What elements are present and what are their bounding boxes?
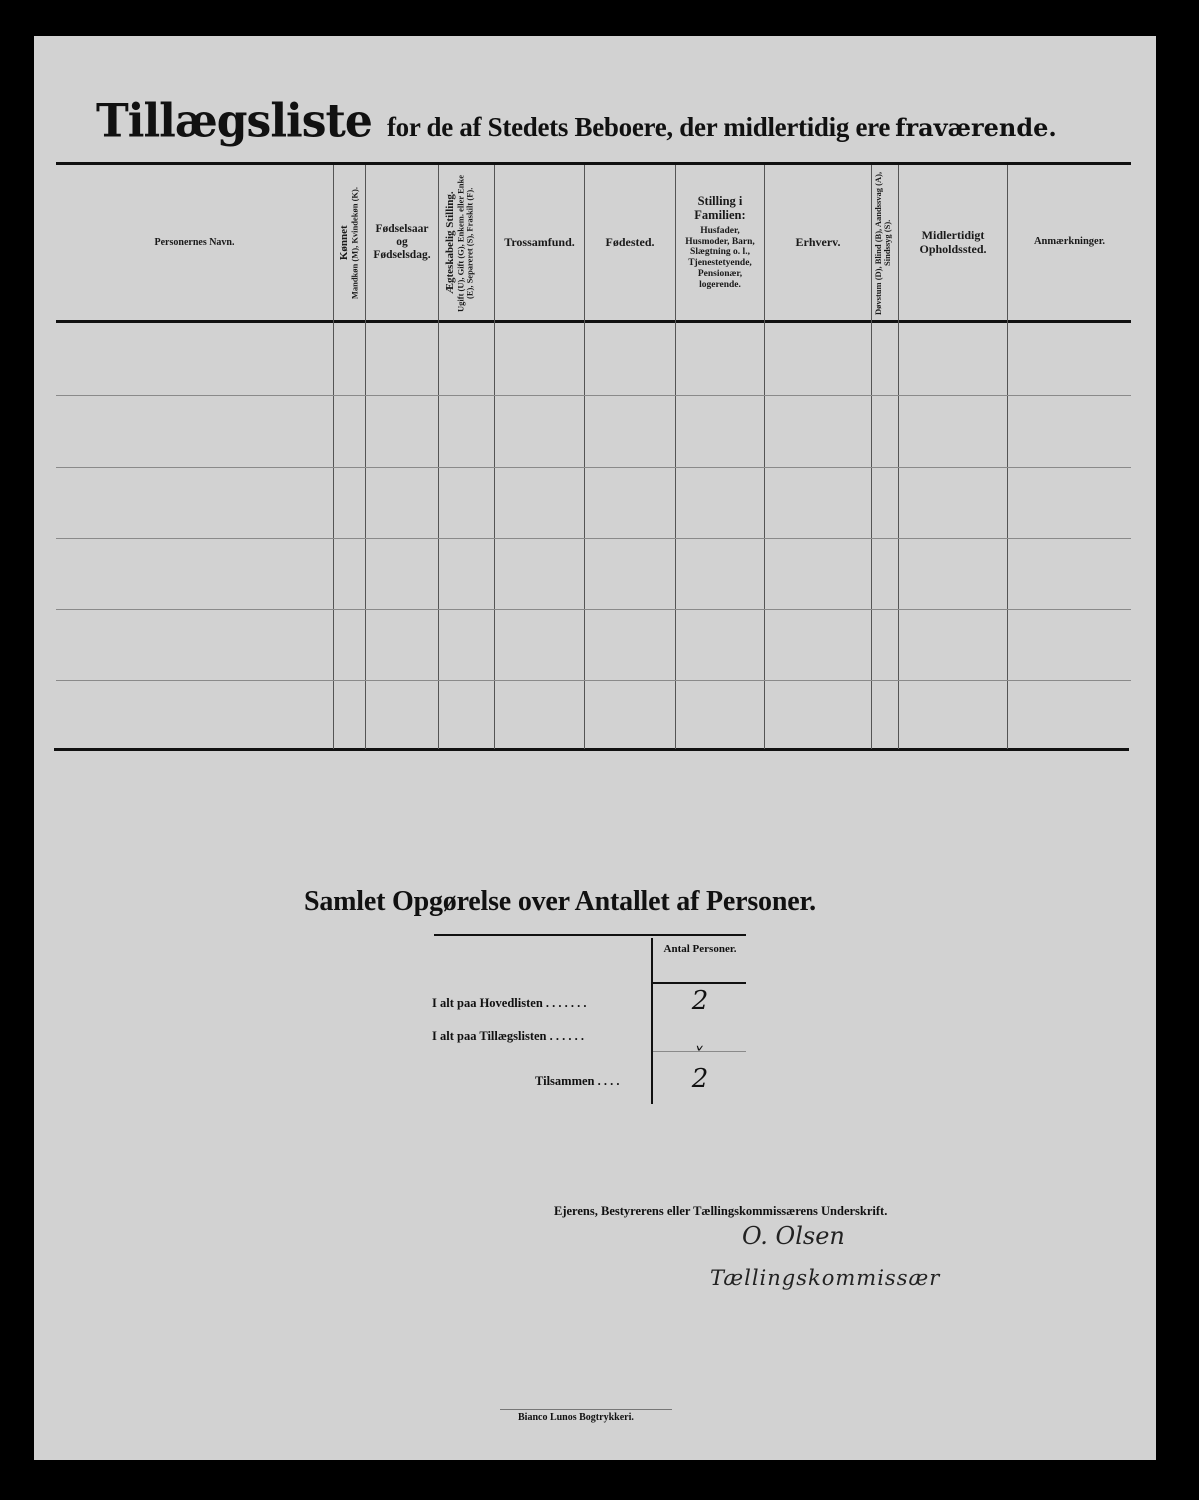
col-header-label-sub: Husfader, Husmoder, Barn, Slægtning o. l… [678, 226, 762, 292]
col-header-marital: Ægteskabelig Stilling. Ugift (U), Gift (… [439, 167, 494, 319]
col-header-remarks: Anmærkninger. [1008, 165, 1131, 320]
col-header-disability: Døvstum (D), Blind (B), Aandssvag (A), S… [872, 167, 898, 319]
col-header-religion: Trossamfund. [495, 165, 584, 320]
signature-title: Tællingskommissær [710, 1266, 940, 1290]
census-form-page: Tillægsliste for de af Stedets Beboere, … [34, 36, 1156, 1460]
col-header-occupation: Erhverv. [765, 165, 871, 320]
printer-imprint: Bianco Lunos Bogtrykkeri. [518, 1412, 634, 1423]
col-header-name: Personernes Navn. [56, 165, 333, 320]
col-header-family-position: Stilling i Familien: Husfader, Husmoder,… [676, 165, 764, 320]
summary-title: Samlet Opgørelse over Antallet af Person… [304, 886, 816, 918]
summary-column-header: Antal Personer. [654, 942, 746, 957]
col-header-sex: Kønnet Mandkøn (M), Kvindekøn (K). [334, 167, 365, 319]
row-divider [56, 467, 1131, 468]
title-emphasis: fraværende. [895, 113, 1057, 142]
col-header-label-sub: Ugift (U), Gift (G), Enkem. eller Enke (… [456, 167, 488, 319]
summary-value-total: 2 [654, 1064, 746, 1094]
summary-header-rule [653, 982, 746, 984]
col-header-label: Midlertidigt Opholdssted. [908, 229, 998, 257]
col-header-label-sub: Mandkøn (M), Kvindekøn (K). [351, 187, 360, 299]
col-header-label: Personernes Navn. [155, 237, 235, 249]
row-divider [56, 395, 1131, 396]
summary-value-supplement-list: ˬ [654, 1026, 746, 1050]
col-header-label-main: Stilling i Familien: [685, 194, 755, 223]
summary-column-divider [651, 938, 653, 1104]
summary-label-total: Tilsammen . . . . [535, 1074, 620, 1089]
row-divider [56, 609, 1131, 610]
col-header-label: Fødested. [606, 236, 655, 250]
summary-top-rule [434, 934, 746, 936]
col-header-label-main: Døvstum (D), Blind (B), Aandssvag (A), S… [874, 167, 896, 319]
header-bottom-rule [56, 320, 1131, 323]
form-title: Tillægsliste for de af Stedets Beboere, … [96, 96, 1096, 147]
col-header-label: Ægteskabelig Stilling. Ugift (U), Gift (… [445, 167, 489, 319]
col-header-label: Erhverv. [796, 236, 841, 250]
col-header-label: Trossamfund. [504, 236, 575, 250]
summary-label-main-list: I alt paa Hovedlisten . . . . . . . [432, 996, 587, 1011]
signature-name: O. Olsen [742, 1222, 845, 1250]
col-header-label: Døvstum (D), Blind (B), Aandssvag (A), S… [874, 167, 896, 319]
printer-rule [500, 1409, 672, 1410]
summary-label-supplement-list: I alt paa Tillægslisten . . . . . . [432, 1029, 584, 1044]
summary-column-header-label: Antal Personer. [664, 943, 737, 955]
title-large: Tillægsliste [96, 95, 372, 149]
table-bottom-rule [54, 748, 1129, 751]
col-header-temp-residence: Midlertidigt Opholdssted. [899, 165, 1007, 320]
col-header-birth: Fødselsaar og Fødselsdag. [366, 165, 438, 320]
row-divider [56, 680, 1131, 681]
summary-subtotal-rule [653, 1051, 746, 1052]
col-header-label-main: Ægteskabelig Stilling. [445, 167, 457, 319]
row-divider [56, 538, 1131, 539]
col-header-label: Fødselsaar og Fødselsdag. [369, 223, 435, 263]
title-subtitle: for de af Stedets Beboere, der midlertid… [387, 112, 890, 142]
col-header-label: Kønnet Mandkøn (M), Kvindekøn (K). [339, 187, 359, 299]
signature-caption: Ejerens, Bestyrerens eller Tællingskommi… [554, 1204, 887, 1219]
col-header-label: Anmærkninger. [1034, 236, 1105, 248]
col-header-birthplace: Fødested. [585, 165, 675, 320]
summary-value-main-list: 2 [654, 986, 746, 1016]
